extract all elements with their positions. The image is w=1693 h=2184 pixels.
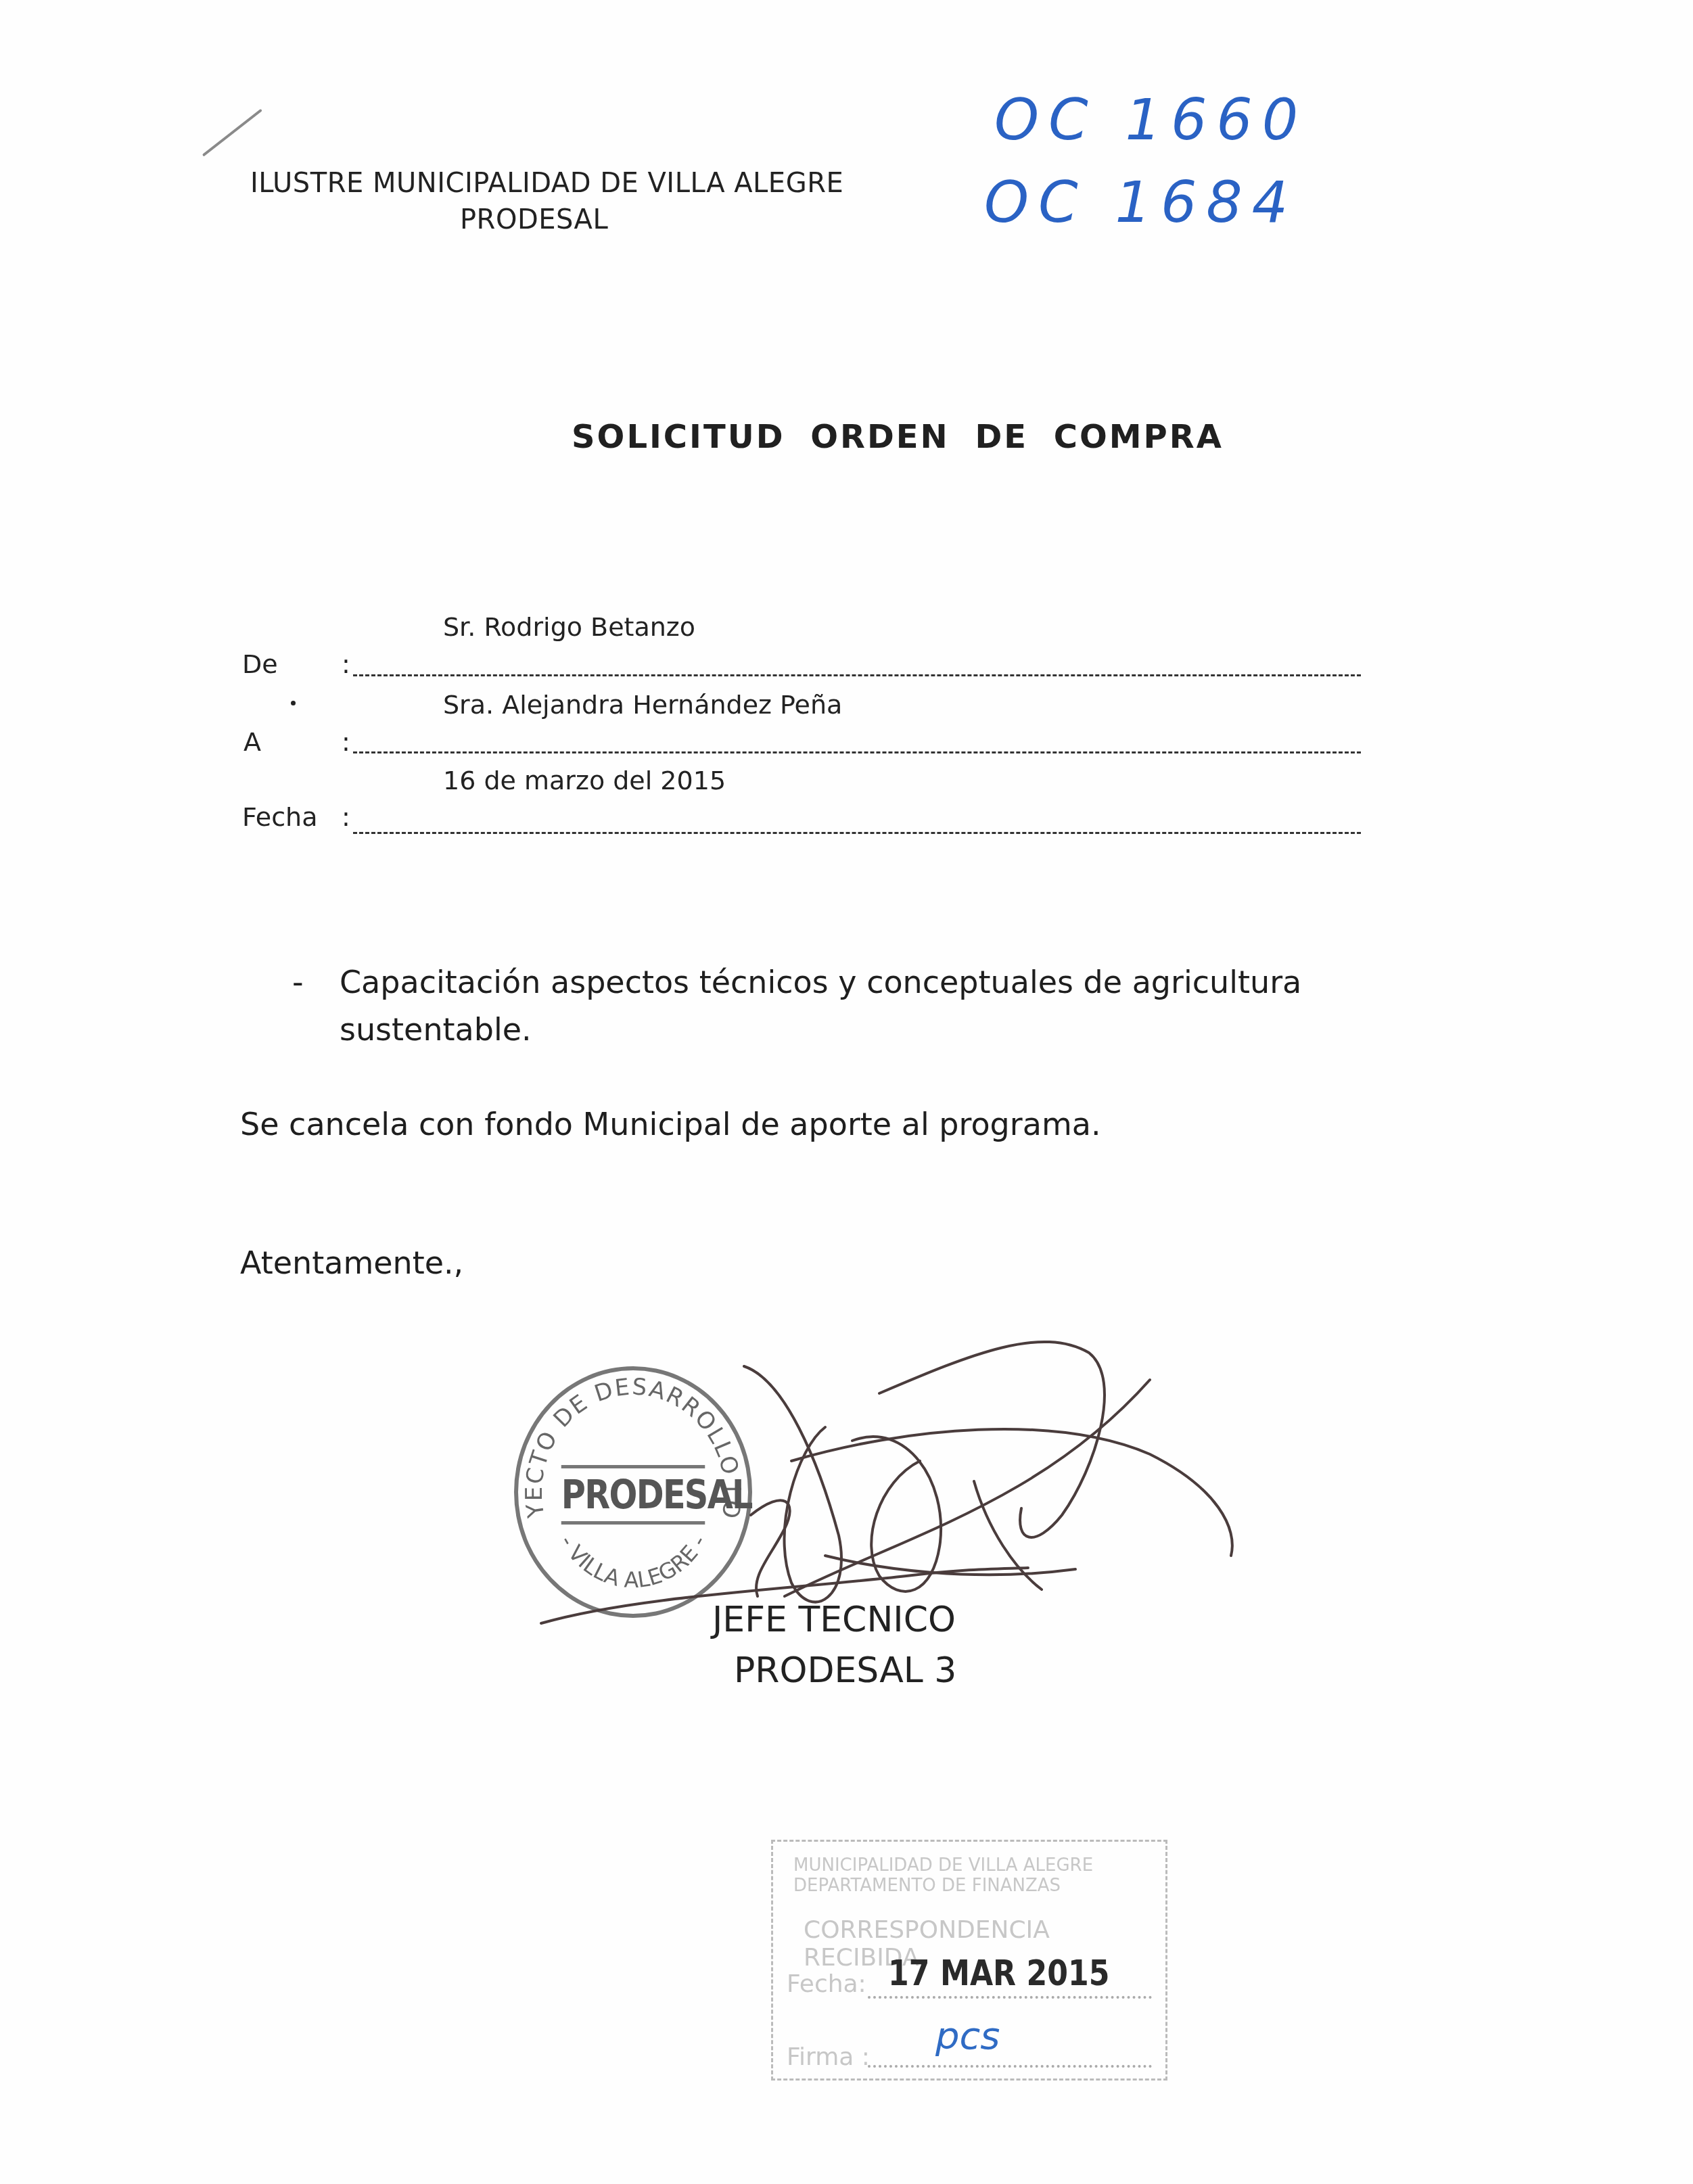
recv-initials: pcs	[935, 2014, 1000, 2058]
handwritten-oc-2: OC 1684	[984, 169, 1297, 235]
field-fecha-colon: :	[342, 802, 350, 832]
field-a-value: Sra. Alejandra Hernández Peña	[443, 690, 842, 720]
field-fecha-line	[353, 832, 1361, 834]
bullet-dash: -	[292, 964, 304, 1000]
recv-org-line1: MUNICIPALIDAD DE VILLA ALEGRE	[793, 1855, 1093, 1876]
recv-fecha-label: Fecha:	[787, 1970, 866, 1998]
field-fecha-value: 16 de marzo del 2015	[443, 766, 726, 795]
recv-org-line2: DEPARTAMENTO DE FINANZAS	[793, 1876, 1061, 1896]
header-program: PRODESAL	[460, 204, 608, 235]
recv-fecha-line	[868, 1996, 1152, 1999]
signer-unit: PRODESAL 3	[734, 1650, 956, 1691]
recv-firma-line	[868, 2065, 1152, 2068]
field-de-line	[353, 674, 1361, 676]
field-a-colon: :	[342, 727, 350, 757]
field-de-colon: :	[342, 649, 350, 679]
payment-note: Se cancela con fondo Municipal de aporte…	[240, 1106, 1101, 1142]
field-a-line	[353, 751, 1361, 753]
field-de-value: Sr. Rodrigo Betanzo	[443, 612, 695, 642]
field-fecha-label: Fecha	[242, 802, 317, 832]
recv-firma-label: Firma :	[787, 2043, 870, 2071]
item-line-2: sustentable.	[340, 1011, 532, 1048]
field-a-label: A	[243, 727, 261, 757]
signer-title: JEFE TECNICO	[712, 1600, 956, 1640]
staple-mark	[202, 109, 262, 157]
header-municipality: ILUSTRE MUNICIPALIDAD DE VILLA ALEGRE	[250, 168, 843, 199]
field-de-label: De	[242, 649, 278, 679]
document-title: SOLICITUD ORDEN DE COMPRA	[572, 418, 1224, 456]
handwritten-oc-1: OC 1660	[994, 87, 1307, 153]
recv-date: 17 MAR 2015	[888, 1953, 1110, 1994]
stray-dot	[291, 701, 296, 705]
closing: Atentamente.,	[240, 1245, 463, 1281]
item-line-1: Capacitación aspectos técnicos y concept…	[340, 964, 1301, 1000]
received-stamp: MUNICIPALIDAD DE VILLA ALEGRE DEPARTAMEN…	[771, 1840, 1167, 2081]
